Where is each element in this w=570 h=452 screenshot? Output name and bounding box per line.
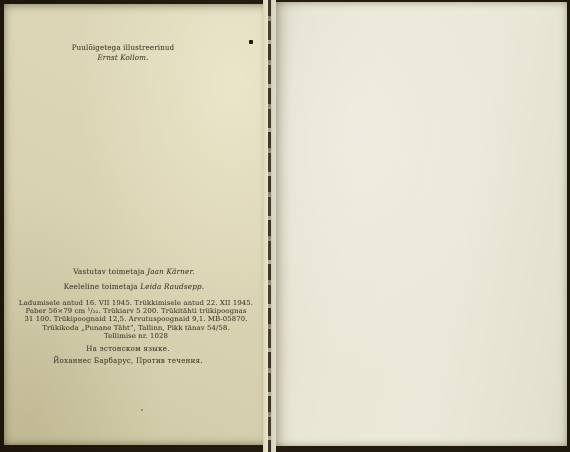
language-note: На эстонском языке.	[8, 344, 248, 356]
ink-speck	[249, 40, 253, 44]
left-page: Puulõigetega illustreerinud Ernst Kollom…	[4, 4, 263, 445]
binding-seam	[268, 0, 271, 452]
ink-speck	[141, 409, 143, 411]
illustration-credit: Puulõigetega illustreerinud Ernst Kollom…	[8, 44, 238, 63]
editor-line: Vastutav toimetaja Jaan Kärner.	[8, 265, 260, 280]
book-photo: Puulõigetega illustreerinud Ernst Kollom…	[0, 0, 570, 452]
editor-role: Vastutav toimetaja	[73, 267, 147, 276]
russian-title-line: Йоханнес Барбарус, Против течения.	[8, 356, 248, 368]
editor-role: Keeleline toimetaja	[64, 282, 141, 291]
editor-name: Leida Raudsepp.	[140, 282, 204, 291]
imprint-line: Trükikoda „Punane Täht“, Tallinn, Pikk t…	[9, 324, 263, 332]
imprint-line: Ladumisele antud 16. VII 1945. Trükkimis…	[9, 299, 263, 307]
imprint-line: 31 100. Trükipoognaid 12,5. Arvutuspoogn…	[9, 315, 263, 323]
imprint-block: Ladumisele antud 16. VII 1945. Trükkimis…	[9, 299, 263, 340]
right-page	[276, 2, 567, 446]
credit-line: Puulõigetega illustreerinud	[8, 44, 238, 54]
editor-line: Keeleline toimetaja Leida Raudsepp.	[8, 280, 260, 295]
editor-name: Jaan Kärner.	[147, 267, 195, 276]
illustrator-name: Ernst Kollom.	[8, 54, 238, 64]
editors-block: Vastutav toimetaja Jaan Kärner. Keelelin…	[8, 265, 260, 294]
russian-block: На эстонском языке. Йоханнес Барбарус, П…	[8, 344, 248, 368]
imprint-line: Tellimise nr. 1028	[9, 332, 263, 340]
